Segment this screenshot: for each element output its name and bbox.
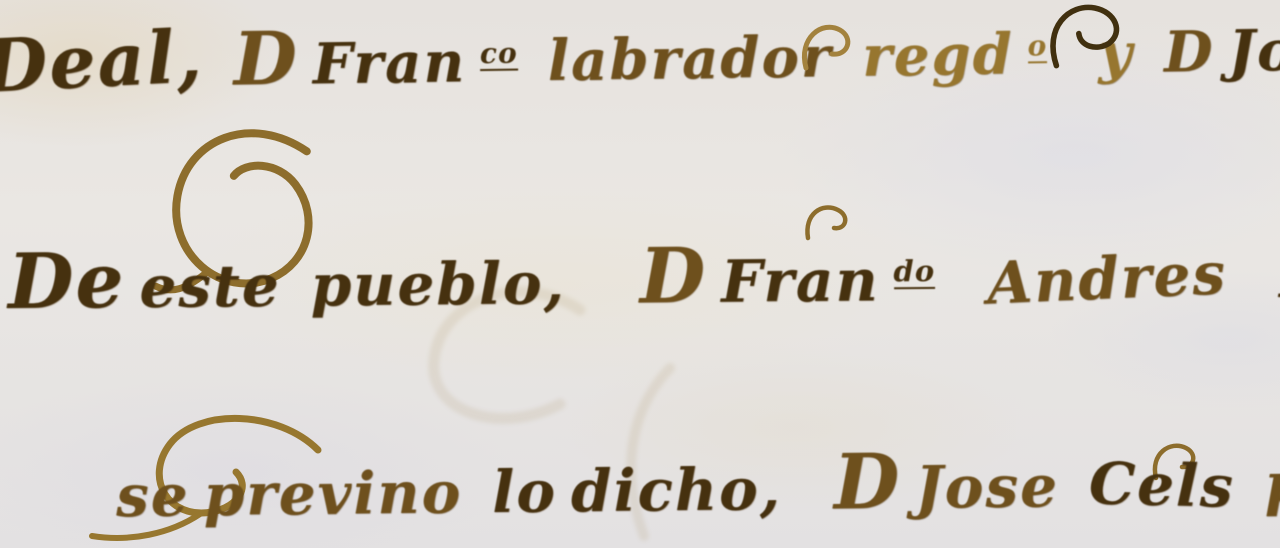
word: D: [1164, 24, 1215, 81]
superscript-abbreviation: co: [480, 39, 518, 71]
word: pueblo,: [310, 254, 566, 314]
word: previno: [203, 463, 462, 524]
word: lo: [492, 462, 557, 521]
text-line-3: seprevinolodicho,DJoseCelspidióla: [116, 437, 1280, 527]
word: Cels: [1088, 454, 1235, 516]
word: D: [833, 444, 901, 520]
word: D: [233, 24, 299, 98]
flourish-curl-icon: [1030, 0, 1150, 72]
word: De: [8, 243, 126, 319]
word: dicho,: [571, 460, 783, 520]
word: Fran: [721, 251, 880, 310]
text-line-2: Deestepueblo,DFrandoAndresEspino: [8, 231, 1280, 320]
word: D: [639, 238, 707, 314]
word: labrador: [547, 29, 832, 89]
flourish-curl-icon: [796, 16, 858, 78]
word: Jose: [1228, 22, 1280, 80]
manuscript-scan: { "manuscript": { "colors": { "paper": "…: [0, 0, 1280, 548]
word: regd: [862, 27, 1014, 85]
word: Fran: [312, 34, 466, 92]
word: pidió: [1264, 453, 1280, 513]
word: este: [139, 257, 281, 316]
word: se: [116, 466, 190, 525]
word: Deal,: [0, 21, 205, 104]
superscript-abbreviation: do: [893, 257, 935, 289]
word: Andres: [986, 244, 1228, 312]
word: Jose: [915, 457, 1059, 517]
